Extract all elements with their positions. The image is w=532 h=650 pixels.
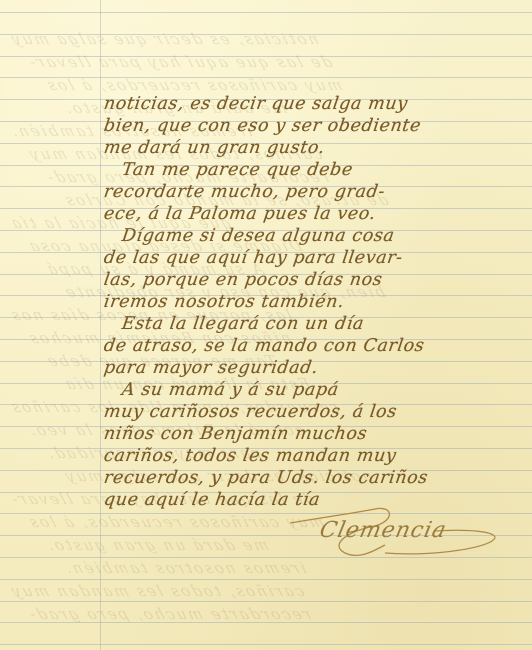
ruled-line [0, 644, 532, 645]
letter-line: muy cariñosos recuerdos, á los [103, 402, 399, 422]
letter-line: iremos nosotros también. [103, 292, 346, 312]
letter-line: niños con Benjamín muchos [103, 424, 369, 444]
letter-line: Tan me parece que debe [121, 160, 355, 180]
letter-line: las, porque en pocos días nos [103, 270, 384, 290]
letter-line: de atraso, se la mando con Carlos [103, 336, 426, 356]
letter-line: A su mamá y á su papá [121, 380, 341, 400]
letter-line: de las que aquí hay para llevar- [103, 248, 404, 268]
letter-page: noticias, es decir que salga muyde las q… [0, 0, 532, 650]
letter-line: bien, que con eso y ser obediente [103, 116, 423, 136]
bleed-through-line: me dará un gran gusto. [43, 536, 272, 554]
bleed-through-line: de las que aquí hay para llevar- [25, 53, 335, 71]
ruled-line [0, 601, 532, 602]
letter-line: recordarte mucho, pero grad- [103, 182, 387, 202]
letter-line: Esta la llegará con un día [121, 314, 366, 334]
bleed-through-line: muy cariñosos recuerdos, á los [43, 76, 345, 94]
bleed-through-line: muy cariñosos recuerdos, á los [25, 513, 327, 531]
letter-line: Dígame si desea alguna cosa [121, 226, 396, 246]
letter-line: noticias, es decir que salga muy [103, 94, 410, 114]
letter-line: recuerdos, y para Uds. los cariños [103, 468, 430, 488]
bleed-through-line: noticias, es decir que salga muy [7, 30, 321, 48]
letter-line: para mayor seguridad. [103, 358, 320, 378]
letter-line: ece, á la Paloma pues la veo. [103, 204, 378, 224]
letter-line: cariños, todos les mandan muy [103, 446, 398, 466]
ruled-line [0, 12, 532, 13]
bleed-through-line: recordarte mucho, pero grad- [25, 605, 314, 623]
letter-line: me dará un gran gusto. [103, 138, 327, 158]
bleed-through-line: iremos nosotros también. [61, 559, 309, 577]
signature: Clemencia [317, 518, 449, 543]
ruled-line [0, 579, 532, 580]
bleed-through-line: cariños, todos les mandan muy [7, 582, 307, 600]
